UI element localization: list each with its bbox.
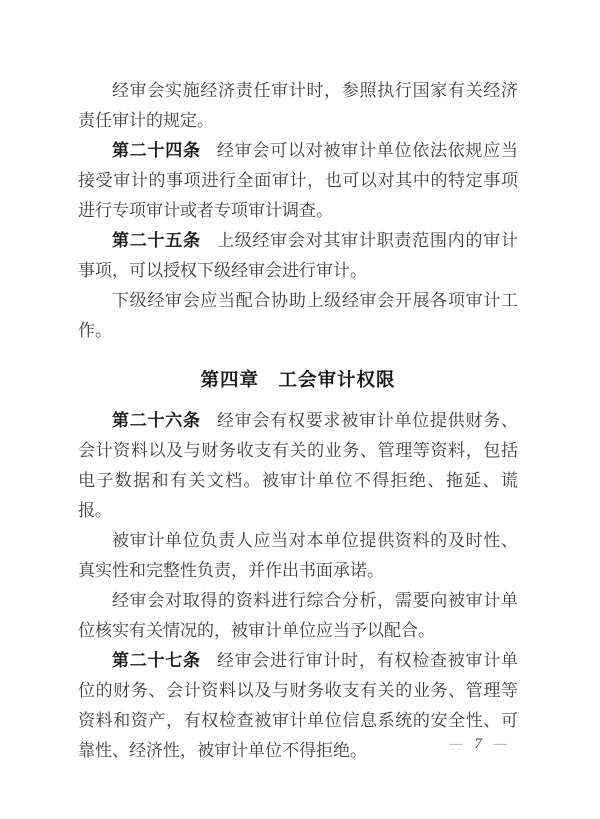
paragraph: 下级经审会应当配合协助上级经审会开展各项审计工作。 [78, 286, 518, 346]
document-page: 经审会实施经济责任审计时，参照执行国家有关经济责任审计的规定。第二十四条经审会可… [0, 0, 600, 819]
paragraph: 第二十四条经审会可以对被审计单位依法依规应当接受审计的事项进行全面审计，也可以对… [78, 136, 518, 226]
paragraph-text: 下级经审会应当配合协助上级经审会开展各项审计工作。 [78, 291, 518, 340]
paragraph: 第二十六条经审会有权要求被审计单位提供财务、会计资料以及与财务收支有关的业务、管… [78, 406, 518, 526]
document-content: 经审会实施经济责任审计时，参照执行国家有关经济责任审计的规定。第二十四条经审会可… [78, 76, 518, 766]
article-number: 第二十六条 [112, 411, 201, 430]
paragraph-text: 经审会实施经济责任审计时，参照执行国家有关经济责任审计的规定。 [78, 81, 518, 130]
page-number-dash-right: — [489, 736, 512, 752]
article-number: 第二十五条 [112, 231, 201, 250]
paragraph: 经审会实施经济责任审计时，参照执行国家有关经济责任审计的规定。 [78, 76, 518, 136]
paragraph-text: 被审计单位负责人应当对本单位提供资料的及时性、真实性和完整性负责，并作出书面承诺… [78, 531, 518, 580]
page-number-dash-left: — [444, 736, 467, 752]
page-number: 7 [471, 736, 485, 752]
page-footer: — 7 — [444, 736, 512, 752]
paragraph-text: 经审会对取得的资料进行综合分析，需要向被审计单位核实有关情况的，被审计单位应当予… [78, 591, 518, 640]
paragraph: 被审计单位负责人应当对本单位提供资料的及时性、真实性和完整性负责，并作出书面承诺… [78, 526, 518, 586]
chapter-heading: 第四章 工会审计权限 [78, 366, 518, 396]
article-number: 第二十七条 [112, 651, 201, 670]
paragraph: 经审会对取得的资料进行综合分析，需要向被审计单位核实有关情况的，被审计单位应当予… [78, 586, 518, 646]
paragraph: 第二十五条上级经审会对其审计职责范围内的审计事项，可以授权下级经审会进行审计。 [78, 226, 518, 286]
article-number: 第二十四条 [112, 141, 201, 160]
